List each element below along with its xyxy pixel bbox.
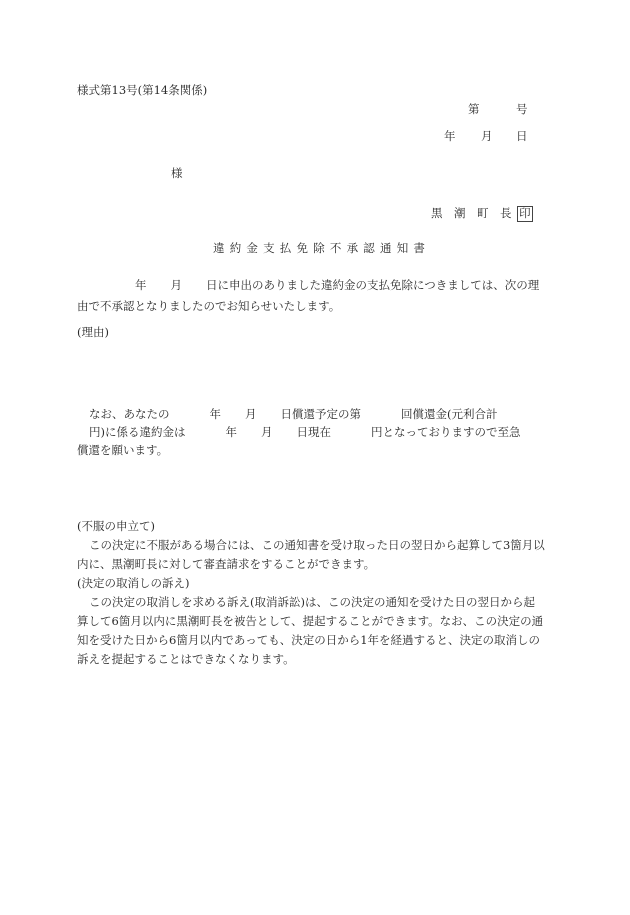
notice-month: 月 bbox=[245, 407, 257, 421]
notice-text-b: 日償還予定の第 bbox=[281, 407, 362, 421]
intro-text: 日に申出のありました違約金の支払免除につきましては、次の理 bbox=[206, 278, 539, 292]
intro-month: 月 bbox=[171, 278, 183, 292]
revocation-line-1: この決定の取消しを求める訴え(取消訴訟)は、この決定の通知を受けた日の翌日から起 bbox=[77, 593, 555, 612]
intro-paragraph: 年月日に申出のありました違約金の支払免除につきましては、次の理 由で不承認となり… bbox=[77, 275, 555, 317]
notice-text-a: なお、あなたの bbox=[89, 407, 170, 421]
notice-line2-month: 月 bbox=[261, 425, 273, 439]
notice-year: 年 bbox=[210, 407, 222, 421]
objection-line-1: この決定に不服がある場合には、この通知書を受け取った日の翌日から起算して3箇月以 bbox=[77, 536, 555, 555]
notice-text-c: 回償還金(元利合計 bbox=[401, 407, 498, 421]
notice-line2-c: 円となっておりますので至急 bbox=[371, 425, 521, 439]
date-day: 日 bbox=[516, 131, 528, 143]
seal-mark: 印 bbox=[517, 206, 533, 222]
objection-heading: (不服の申立て) bbox=[77, 517, 555, 536]
reason-heading: (理由) bbox=[77, 327, 109, 339]
date-month: 月 bbox=[481, 131, 493, 143]
notice-line-3: 償還を願います。 bbox=[77, 440, 555, 461]
objection-line-2: 内に、黒潮町長に対して審査請求をすることができます。 bbox=[77, 555, 555, 574]
objection-section: (不服の申立て) この決定に不服がある場合には、この通知書を受け取った日の翌日か… bbox=[77, 517, 555, 669]
revocation-line-2: 算して6箇月以内に黒潮町長を被告として、提起することができます。なお、この決定の… bbox=[77, 612, 555, 631]
revocation-line-3: 知を受けた日から6箇月以内であっても、決定の日から1年を経過すると、決定の取消し… bbox=[77, 631, 555, 650]
intro-line-2: 由で不承認となりましたのでお知らせいたします。 bbox=[77, 296, 555, 317]
intro-year: 年 bbox=[135, 278, 147, 292]
notice-line2-b: 日現在 bbox=[297, 425, 332, 439]
notice-paragraph: なお、あなたの年月日償還予定の第回償還金(元利合計 円)に係る違約金は年月日現在… bbox=[77, 404, 555, 461]
document-title: 違約金支払免除不承認通知書 bbox=[213, 243, 430, 255]
doc-number-dai: 第 bbox=[468, 104, 480, 116]
date-year: 年 bbox=[444, 131, 456, 143]
issuer-name: 黒 潮 町 長 bbox=[431, 206, 512, 220]
form-number: 様式第13号(第14条関係) bbox=[77, 85, 207, 97]
issuer: 黒 潮 町 長 印 bbox=[431, 206, 533, 222]
doc-number-go: 号 bbox=[516, 104, 528, 116]
notice-line2-a: 円)に係る違約金は bbox=[89, 425, 186, 439]
revocation-line-4: 訴えを提起することはできなくなります。 bbox=[77, 650, 555, 669]
addressee-suffix: 様 bbox=[171, 168, 183, 180]
revocation-heading: (決定の取消しの訴え) bbox=[77, 574, 555, 593]
notice-line2-year: 年 bbox=[226, 425, 238, 439]
